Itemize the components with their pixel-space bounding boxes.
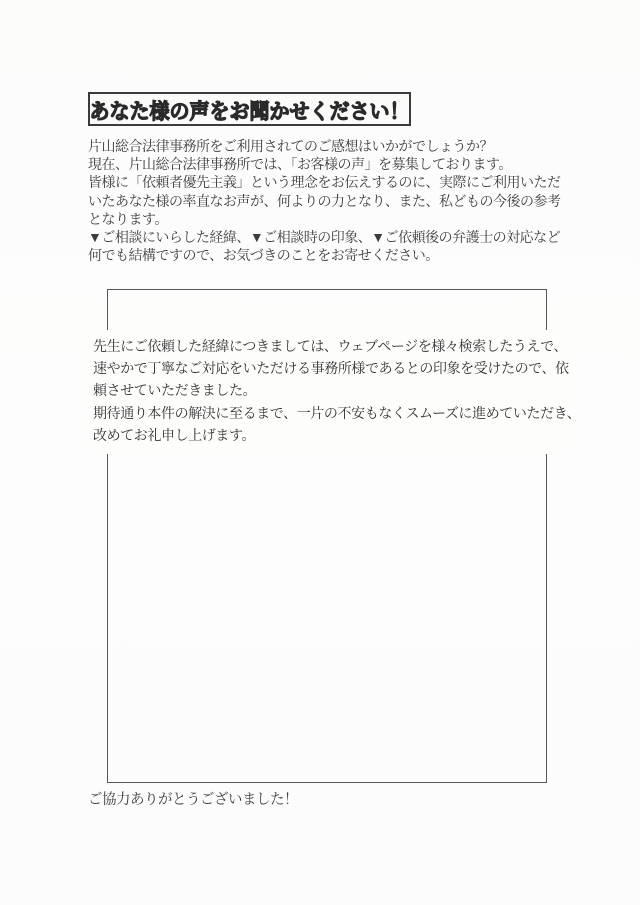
intro-line: 現在、片山総合法律事務所では、「お客様の声」を募集しております。 bbox=[88, 155, 566, 173]
intro-paragraph: 片山総合法律事務所をご利用されてのご感想はいかがでしょうか？ 現在、片山総合法律… bbox=[88, 137, 566, 264]
scanned-page: あなた様の声をお聞かせください！ 片山総合法律事務所をご利用されてのご感想はいか… bbox=[0, 0, 640, 905]
intro-line: となります。 bbox=[88, 210, 566, 228]
feedback-line: 改めてお礼申し上げます。 bbox=[93, 426, 572, 448]
feedback-line: 先生にご依頼した経緯につきましては、ウェブページを様々検索したうえで、 bbox=[93, 337, 572, 359]
feedback-line: 頼させていただきました。 bbox=[93, 381, 572, 403]
intro-line: 片山総合法律事務所をご利用されてのご感想はいかがでしょうか？ bbox=[88, 137, 566, 155]
page-title: あなた様の声をお聞かせください！ bbox=[90, 94, 410, 124]
feedback-text-overlay: 先生にご依頼した経緯につきましては、ウェブページを様々検索したうえで、 速やかで… bbox=[85, 330, 572, 454]
intro-line: 皆様に「依頼者優先主義」という理念をお伝えするのに、実際にご利用いただ bbox=[88, 173, 566, 191]
intro-line: いたあなた様の率直なお声が、何よりの力となり、また、私どもの今後の参考 bbox=[88, 192, 566, 210]
intro-line: ▼ご相談にいらした経緯、▼ご相談時の印象、▼ご依頼後の弁護士の対応など bbox=[88, 228, 566, 246]
intro-line: 何でも結構ですので、お気づきのことをお寄せください。 bbox=[88, 246, 566, 264]
closing-text: ご協力ありがとうございました！ bbox=[88, 788, 298, 809]
feedback-line: 期待通り本件の解決に至るまで、一片の不安もなくスムーズに進めていただき、 bbox=[93, 404, 572, 426]
feedback-line: 速やかで丁寧なご対応をいただける事務所様であるとの印象を受けたので、依 bbox=[93, 359, 572, 381]
headline-box: あなた様の声をお聞かせください！ bbox=[88, 92, 411, 126]
